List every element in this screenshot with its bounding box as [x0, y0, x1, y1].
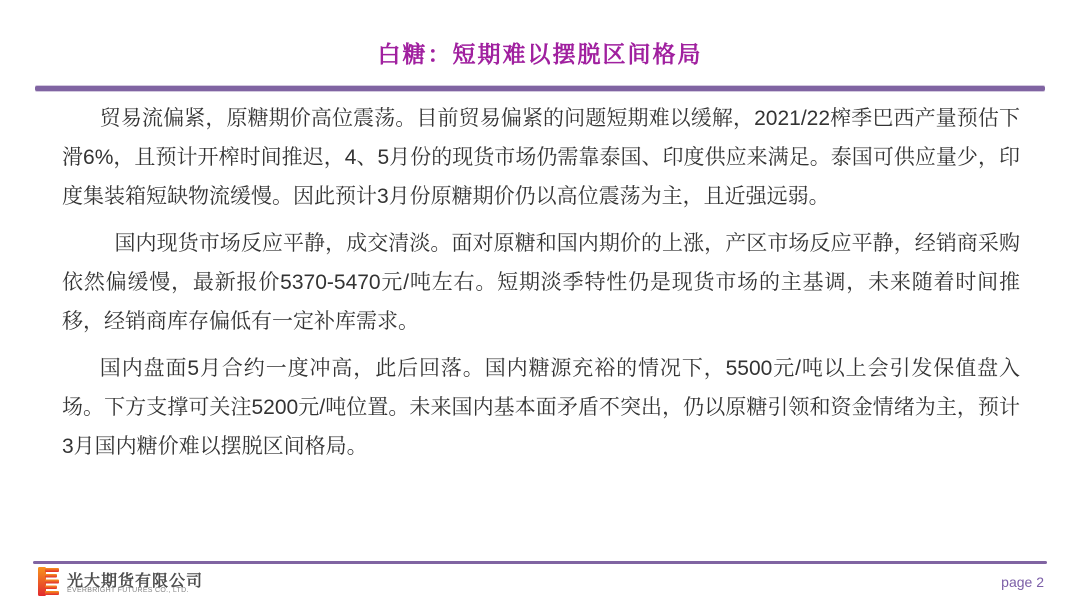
page-number: page 2 — [1001, 574, 1044, 590]
everbright-logo-icon — [38, 567, 59, 596]
slide-body: 贸易流偏紧，原糖期价高位震荡。目前贸易偏紧的问题短期难以缓解，2021/22榨季… — [62, 99, 1020, 474]
footer-divider-line — [33, 561, 1047, 564]
slide-title: 白糖：短期难以摆脱区间格局 — [0, 36, 1080, 69]
paragraph-domestic-spot-market: 国内现货市场反应平静，成交清淡。面对原糖和国内期价的上涨，产区市场反应平静，经销… — [62, 224, 1020, 341]
report-slide: 白糖：短期难以摆脱区间格局 贸易流偏紧，原糖期价高位震荡。目前贸易偏紧的问题短期… — [0, 0, 1080, 607]
company-name-english: EVERBRIGHT FUTURES CO., LTD. — [67, 587, 189, 594]
header-divider-line — [35, 86, 1045, 91]
paragraph-domestic-futures-outlook: 国内盘面5月合约一度冲高，此后回落。国内糖源充裕的情况下，5500元/吨以上会引… — [62, 349, 1020, 466]
paragraph-raw-sugar-trade-flow: 贸易流偏紧，原糖期价高位震荡。目前贸易偏紧的问题短期难以缓解，2021/22榨季… — [62, 99, 1020, 216]
